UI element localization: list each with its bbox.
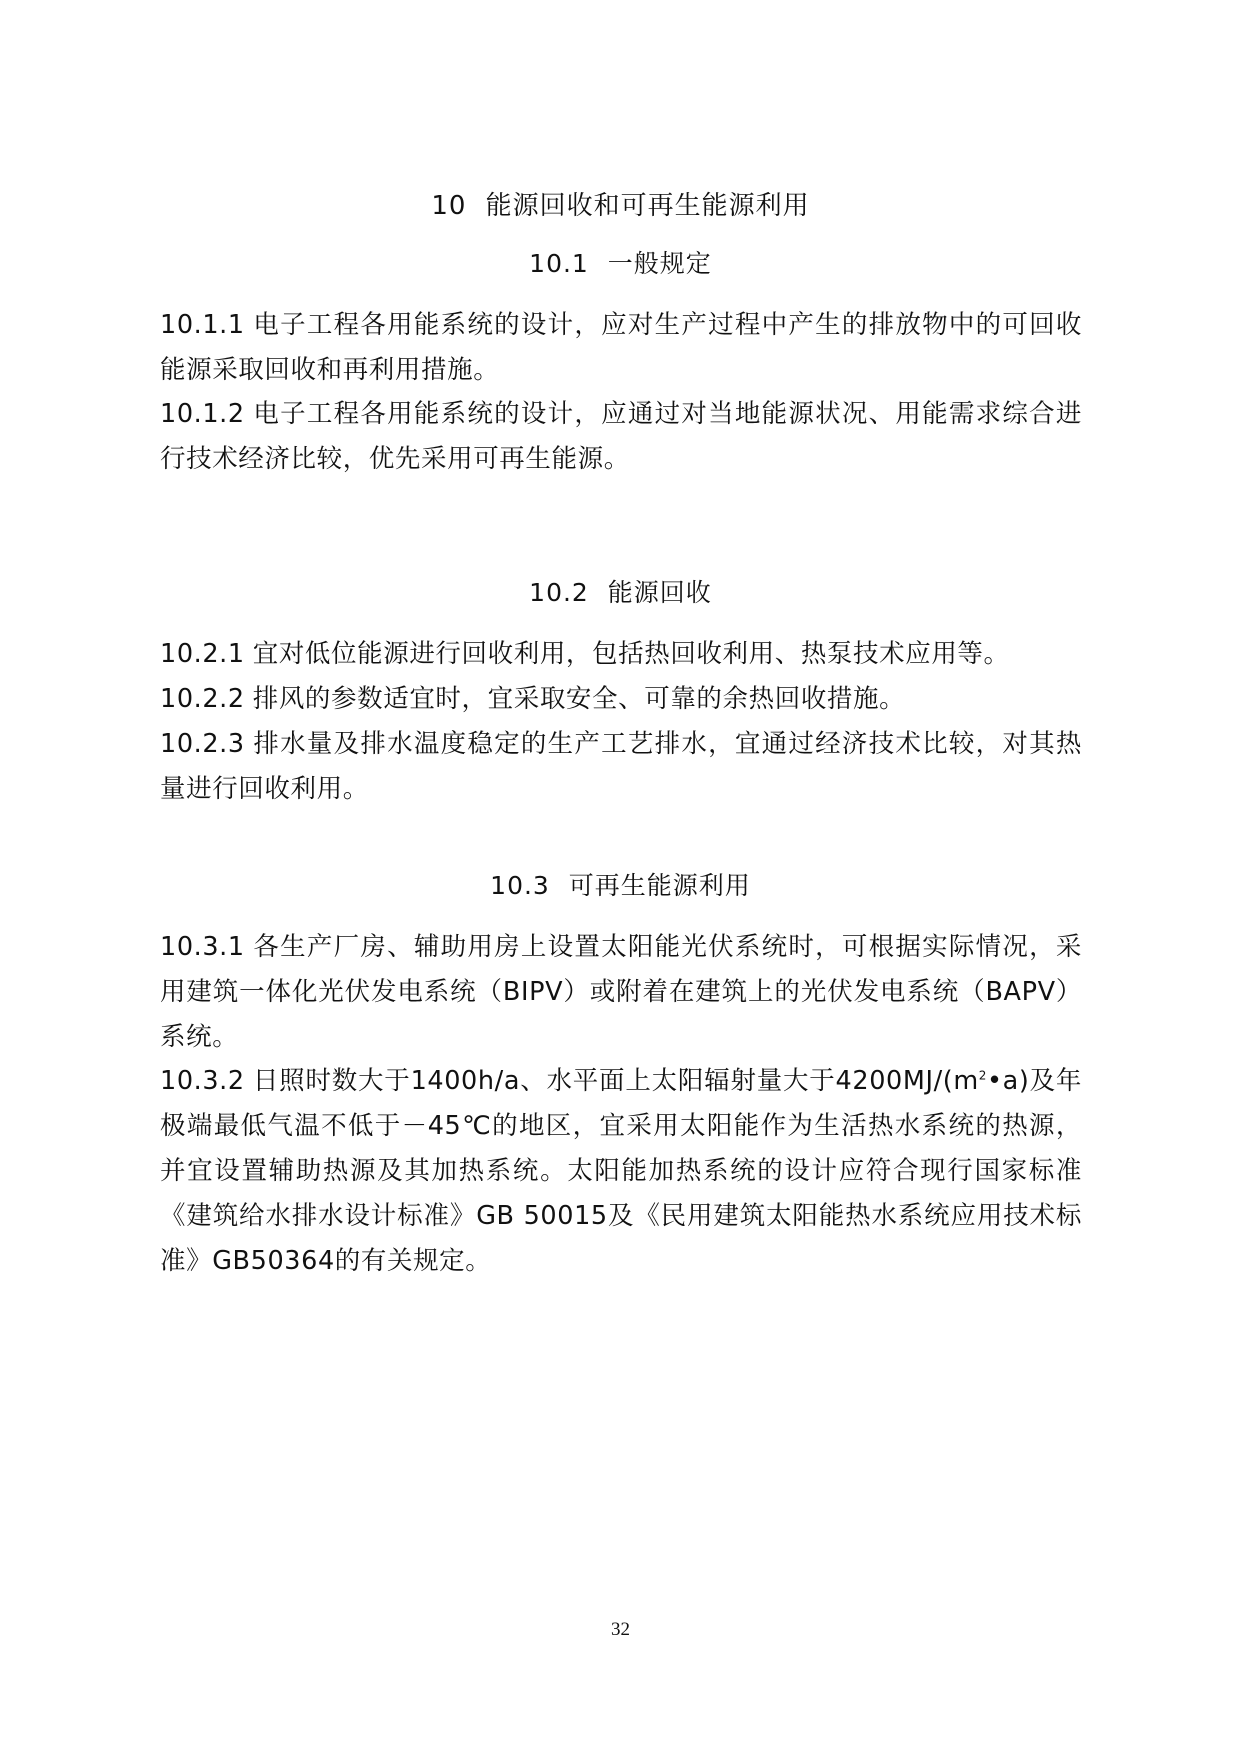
page-number: 32 (0, 1618, 1241, 1642)
clause-text: 各生产厂房、辅助用房上设置太阳能光伏系统时，可根据实际情况，采用建筑一体化光伏发… (160, 932, 1082, 1052)
clause-text-part2: •a)及年极端最低气温不低于－45℃的地区，宜采用太阳能作为生活热水系统的热源，… (160, 1066, 1082, 1276)
clause-number: 10.2.3 (160, 729, 245, 759)
clause-number: 10.2.2 (160, 684, 245, 714)
chapter-title-text: 能源回收和可再生能源利用 (486, 191, 810, 221)
clause-number: 10.3.2 (160, 1066, 245, 1096)
chapter-title: 10 能源回收和可再生能源利用 (0, 188, 1241, 224)
section-number: 10.2 (529, 578, 589, 607)
clause-text: 宜对低位能源进行回收利用，包括热回收利用、热泵技术应用等。 (253, 639, 1010, 669)
section-title-10-3: 10.3 可再生能源利用 (0, 869, 1241, 903)
section-number: 10.1 (529, 249, 589, 278)
document-page: 10 能源回收和可再生能源利用 10.1 一般规定 10.1.1电子工程各用能系… (0, 0, 1241, 1754)
clause-10-1-1: 10.1.1电子工程各用能系统的设计，应对生产过程中产生的排放物中的可回收能源采… (160, 303, 1082, 393)
clause-10-1-2: 10.1.2电子工程各用能系统的设计，应通过对当地能源状况、用能需求综合进行技术… (160, 392, 1082, 482)
section-title-text: 可再生能源利用 (569, 871, 751, 900)
section-title-10-2: 10.2 能源回收 (0, 576, 1241, 610)
section-title-10-1: 10.1 一般规定 (0, 247, 1241, 281)
clause-text: 电子工程各用能系统的设计，应对生产过程中产生的排放物中的可回收能源采取回收和再利… (160, 310, 1082, 385)
clause-number: 10.1.1 (160, 310, 245, 340)
clause-number: 10.1.2 (160, 399, 245, 429)
section-title-text: 一般规定 (608, 249, 712, 278)
clause-text: 电子工程各用能系统的设计，应通过对当地能源状况、用能需求综合进行技术经济比较，优… (160, 399, 1082, 474)
clause-text: 排风的参数适宜时，宜采取安全、可靠的余热回收措施。 (253, 684, 906, 714)
clause-number: 10.2.1 (160, 639, 245, 669)
superscript-2: 2 (979, 1069, 987, 1083)
clause-10-2-2: 10.2.2排风的参数适宜时，宜采取安全、可靠的余热回收措施。 (160, 677, 1082, 722)
clause-10-3-2: 10.3.2日照时数大于1400h/a、水平面上太阳辐射量大于4200MJ/(m… (160, 1059, 1082, 1284)
section-number: 10.3 (490, 871, 550, 900)
clause-10-3-1: 10.3.1各生产厂房、辅助用房上设置太阳能光伏系统时，可根据实际情况，采用建筑… (160, 925, 1082, 1060)
chapter-number: 10 (431, 191, 466, 221)
clause-number: 10.3.1 (160, 932, 245, 962)
clause-10-2-3: 10.2.3排水量及排水温度稳定的生产工艺排水，宜通过经济技术比较，对其热量进行… (160, 722, 1082, 812)
clause-10-2-1: 10.2.1宜对低位能源进行回收利用，包括热回收利用、热泵技术应用等。 (160, 632, 1082, 677)
clause-text-part1: 日照时数大于1400h/a、水平面上太阳辐射量大于4200MJ/(m (253, 1066, 979, 1096)
section-title-text: 能源回收 (608, 578, 712, 607)
clause-text: 排水量及排水温度稳定的生产工艺排水，宜通过经济技术比较，对其热量进行回收利用。 (160, 729, 1082, 804)
